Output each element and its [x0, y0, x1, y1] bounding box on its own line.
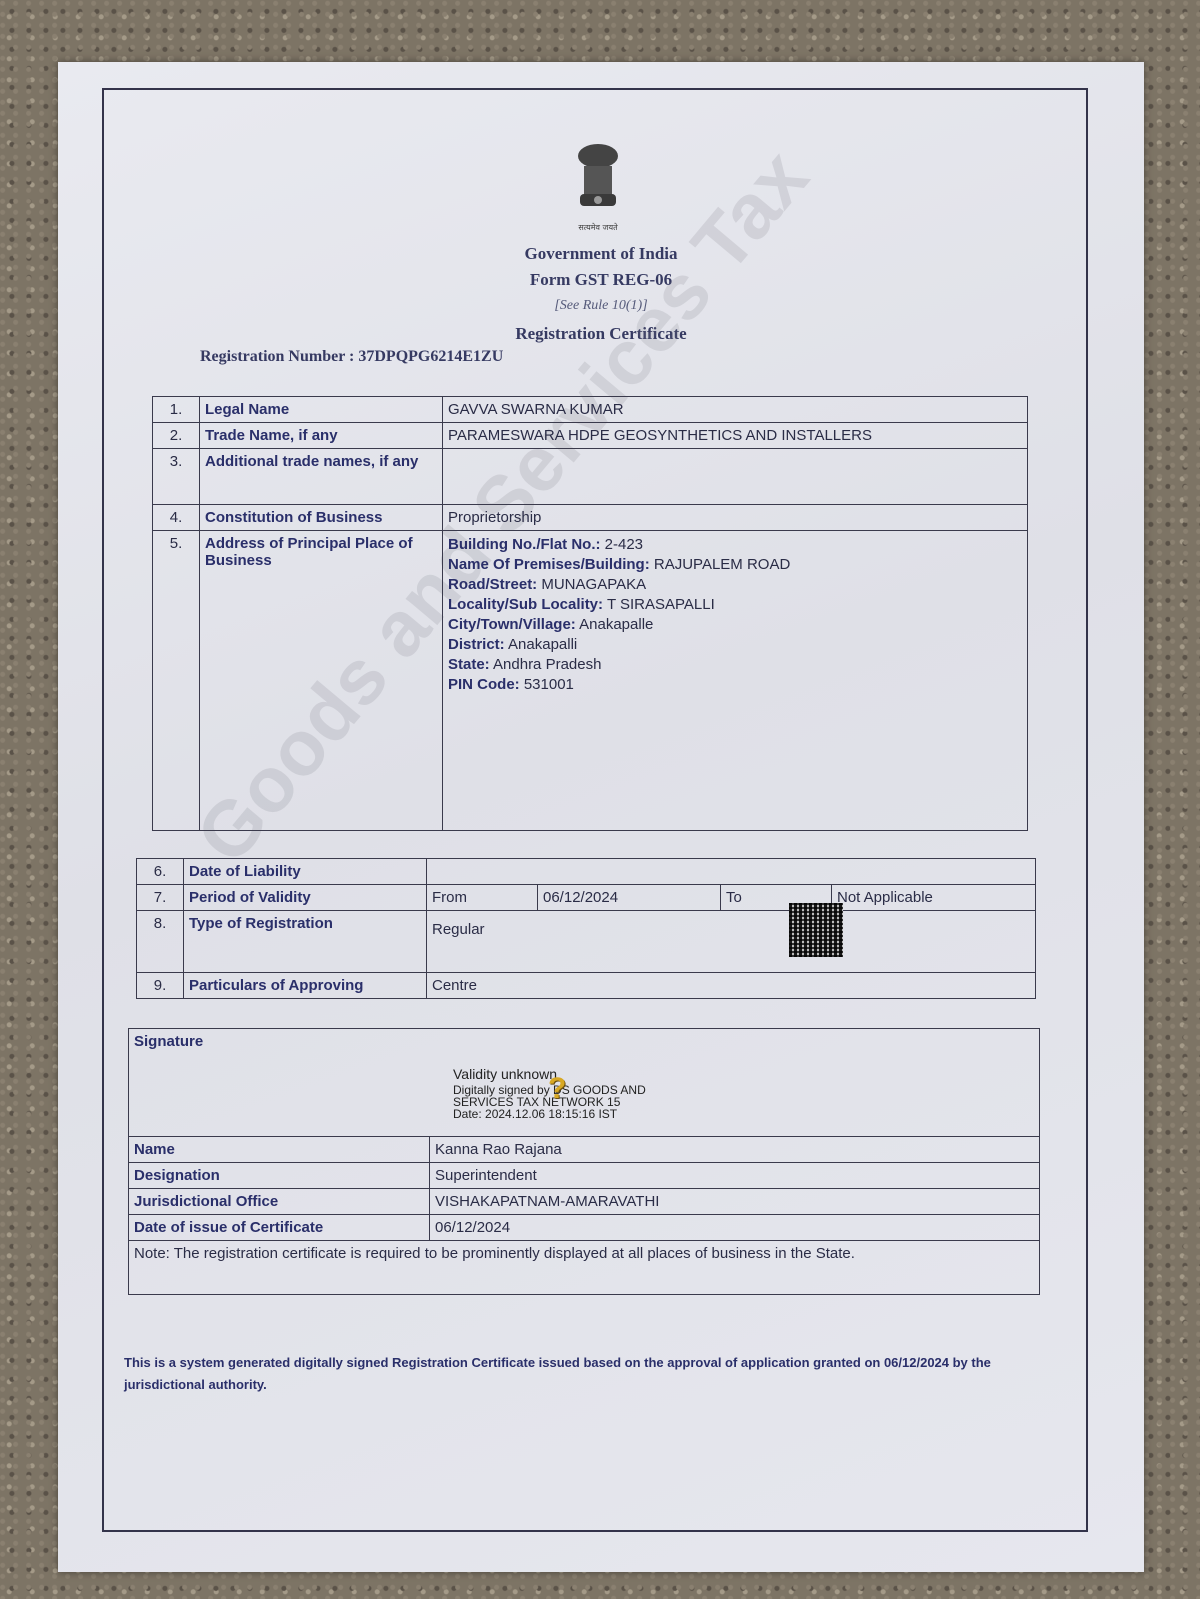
- validity-to-value: Not Applicable: [832, 885, 1036, 911]
- officer-name-value: Kanna Rao Rajana: [430, 1137, 1040, 1163]
- registration-details-table: 1. Legal Name GAVVA SWARNA KUMAR 2. Trad…: [152, 396, 1028, 831]
- national-emblem-icon: [568, 142, 628, 222]
- emblem-motto: सत्यमेव जयते: [558, 222, 638, 233]
- date-of-liability-value: [427, 859, 1036, 885]
- table-row: 5. Address of Principal Place of Busines…: [153, 531, 1028, 831]
- government-title: Government of India: [58, 244, 1144, 264]
- table-row: Designation Superintendent: [129, 1163, 1040, 1189]
- certificate-page: सत्यमेव जयते Government of India Form GS…: [58, 62, 1144, 1572]
- form-title: Form GST REG-06: [58, 270, 1144, 290]
- registration-number: Registration Number : 37DPQPG6214E1ZU: [200, 348, 503, 366]
- table-row: 6. Date of Liability: [137, 859, 1036, 885]
- table-row: 1. Legal Name GAVVA SWARNA KUMAR: [153, 397, 1028, 423]
- registration-type-value: Regular: [432, 921, 485, 938]
- table-row: 7. Period of Validity From 06/12/2024 To…: [137, 885, 1036, 911]
- table-row: 4. Constitution of Business Proprietorsh…: [153, 505, 1028, 531]
- designation-value: Superintendent: [430, 1163, 1040, 1189]
- note-text: Note: The registration certificate is re…: [129, 1241, 1040, 1295]
- address-value: Building No./Flat No.: 2-423 Name Of Pre…: [443, 531, 1028, 831]
- signature-date: Date: 2024.12.06 18:15:16 IST: [453, 1108, 646, 1120]
- additional-trade-names-value: [443, 449, 1028, 505]
- table-row: Date of issue of Certificate 06/12/2024: [129, 1215, 1040, 1241]
- validity-table: 6. Date of Liability 7. Period of Validi…: [136, 858, 1036, 999]
- table-row: 3. Additional trade names, if any: [153, 449, 1028, 505]
- trade-name-value: PARAMESWARA HDPE GEOSYNTHETICS AND INSTA…: [443, 423, 1028, 449]
- registration-number-value: 37DPQPG6214E1ZU: [358, 348, 503, 365]
- table-row: 9. Particulars of Approving Centre: [137, 973, 1036, 999]
- legal-name-value: GAVVA SWARNA KUMAR: [443, 397, 1028, 423]
- table-row: 2. Trade Name, if any PARAMESWARA HDPE G…: [153, 423, 1028, 449]
- note-row: Note: The registration certificate is re…: [129, 1241, 1040, 1295]
- table-row: Name Kanna Rao Rajana: [129, 1137, 1040, 1163]
- approving-authority-value: Centre: [427, 973, 1036, 999]
- jurisdictional-office-value: VISHAKAPATNAM-AMARAVATHI: [430, 1189, 1040, 1215]
- signature-unknown-question-icon: ?: [548, 1072, 574, 1102]
- signature-label: Signature: [134, 1033, 203, 1050]
- footer-disclaimer: This is a system generated digitally sig…: [124, 1352, 1044, 1396]
- table-row: Jurisdictional Office VISHAKAPATNAM-AMAR…: [129, 1189, 1040, 1215]
- rule-reference: [See Rule 10(1)]: [58, 298, 1144, 314]
- validity-from-value: 06/12/2024: [538, 885, 721, 911]
- table-row: 8. Type of Registration Regular: [137, 911, 1036, 973]
- issue-date-value: 06/12/2024: [430, 1215, 1040, 1241]
- constitution-value: Proprietorship: [443, 505, 1028, 531]
- qr-code-icon: [789, 903, 843, 957]
